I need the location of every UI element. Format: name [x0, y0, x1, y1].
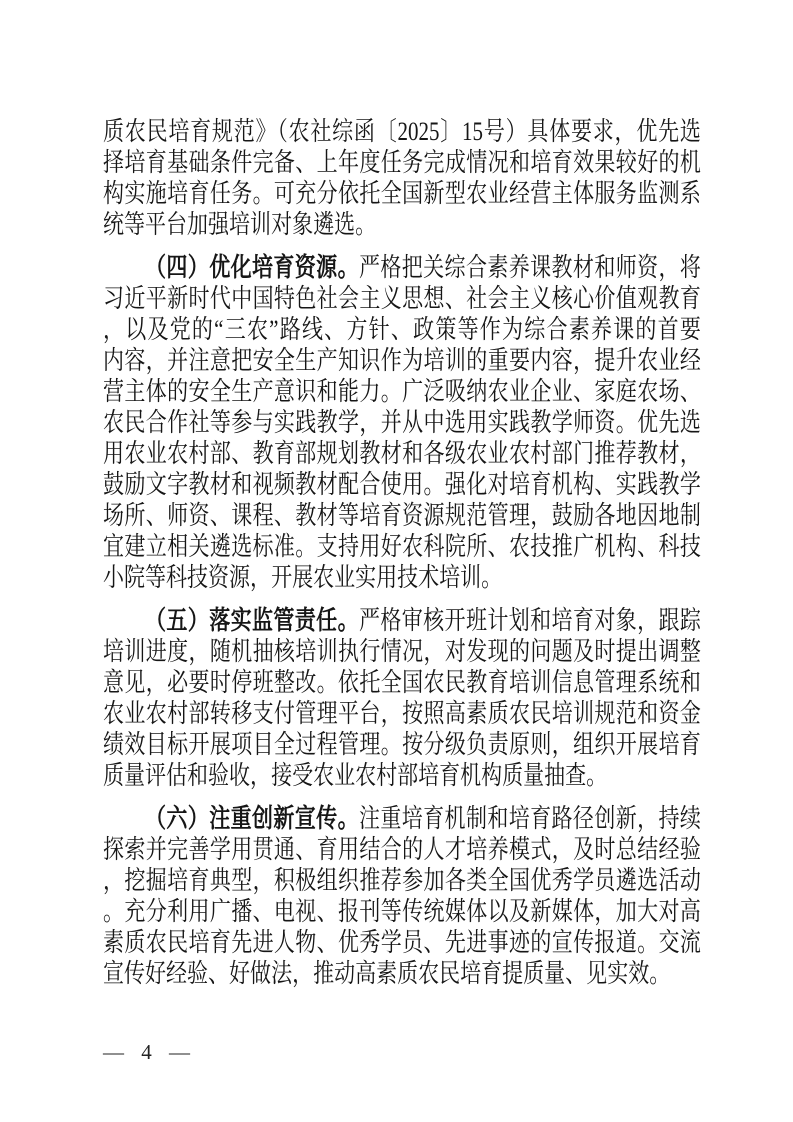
text-line: 探索并完善学用贯通、育用结合的人才培养模式，及时总结经验 [103, 834, 701, 865]
text-line: 。充分利用广播、电视、报刊等传统媒体以及新媒体，加大对高 [103, 896, 701, 927]
text-line: 素质农民培育先进人物、优秀学员、先进事迹的宣传报道。交流 [103, 927, 701, 958]
text-line: 构实施培育任务。可充分依托全国新型农业经营主体服务监测系 [103, 178, 701, 209]
paragraph: （六）注重创新宣传。注重培育机制和培育路径创新，持续探索并完善学用贯通、育用结合… [103, 803, 701, 989]
document-page: 质农民培育规范》（农社综函〔2025〕15号）具体要求，优先选择培育基础条件完备… [0, 0, 793, 1122]
text-line: 用农业农村部、教育部规划教材和各级农业农村部门推荐教材， [103, 438, 701, 469]
document-body: 质农民培育规范》（农社综函〔2025〕15号）具体要求，优先选择培育基础条件完备… [103, 116, 701, 989]
line-text: 严格审核开班计划和培育对象，跟踪 [359, 606, 701, 635]
text-line: 宜建立相关遴选标准。支持用好农科院所、农技推广机构、科技 [103, 531, 701, 562]
text-line: 场所、师资、课程、教材等培育资源规范管理，鼓励各地因地制 [103, 500, 701, 531]
line-text: 严格把关综合素养课教材和师资，将 [359, 253, 701, 282]
text-line: 习近平新时代中国特色社会主义思想、社会主义核心价值观教育 [103, 283, 701, 314]
text-line: 内容，并注意把安全生产知识作为培训的重要内容，提升农业经 [103, 345, 701, 376]
text-line: 质量评估和验收，接受农业农村部培育机构质量抽查。 [103, 760, 701, 791]
text-line: 质农民培育规范》（农社综函〔2025〕15号）具体要求，优先选 [103, 116, 701, 147]
paragraph: （四）优化培育资源。严格把关综合素养课教材和师资，将习近平新时代中国特色社会主义… [103, 252, 701, 593]
text-line: 统等平台加强培训对象遴选。 [103, 209, 701, 240]
text-line: （六）注重创新宣传。注重培育机制和培育路径创新，持续 [103, 803, 701, 834]
text-line: ，以及党的“三农”路线、方针、政策等作为综合素养课的首要 [103, 314, 701, 345]
page-number: — 4 — [103, 1040, 193, 1064]
paragraph-heading: （六）注重创新宣传。 [145, 804, 359, 833]
paragraph-heading: （五）落实监管责任。 [145, 606, 359, 635]
text-line: 培训进度，随机抽核培训执行情况，对发现的问题及时提出调整 [103, 636, 701, 667]
text-line: 择培育基础条件完备、上年度任务完成情况和培育效果较好的机 [103, 147, 701, 178]
text-line: 意见，必要时停班整改。依托全国农民教育培训信息管理系统和 [103, 667, 701, 698]
text-line: （四）优化培育资源。严格把关综合素养课教材和师资，将 [103, 252, 701, 283]
text-line: 营主体的安全生产意识和能力。广泛吸纳农业企业、家庭农场、 [103, 376, 701, 407]
text-line: 农民合作社等参与实践教学，并从中选用实践教学师资。优先选 [103, 407, 701, 438]
text-line: 农业农村部转移支付管理平台，按照高素质农民培训规范和资金 [103, 698, 701, 729]
text-line: 鼓励文字教材和视频教材配合使用。强化对培育机构、实践教学 [103, 469, 701, 500]
text-line: 绩效目标开展项目全过程管理。按分级负责原则，组织开展培育 [103, 729, 701, 760]
line-text: 注重培育机制和培育路径创新，持续 [359, 804, 701, 833]
text-line: （五）落实监管责任。严格审核开班计划和培育对象，跟踪 [103, 605, 701, 636]
text-line: 宣传好经验、好做法，推动高素质农民培育提质量、见实效。 [103, 958, 701, 989]
paragraph-heading: （四）优化培育资源。 [145, 253, 359, 282]
text-line: ，挖掘培育典型，积极组织推荐参加各类全国优秀学员遴选活动 [103, 865, 701, 896]
paragraph: （五）落实监管责任。严格审核开班计划和培育对象，跟踪培训进度，随机抽核培训执行情… [103, 605, 701, 791]
paragraph: 质农民培育规范》（农社综函〔2025〕15号）具体要求，优先选择培育基础条件完备… [103, 116, 701, 240]
text-line: 小院等科技资源，开展农业实用技术培训。 [103, 562, 701, 593]
